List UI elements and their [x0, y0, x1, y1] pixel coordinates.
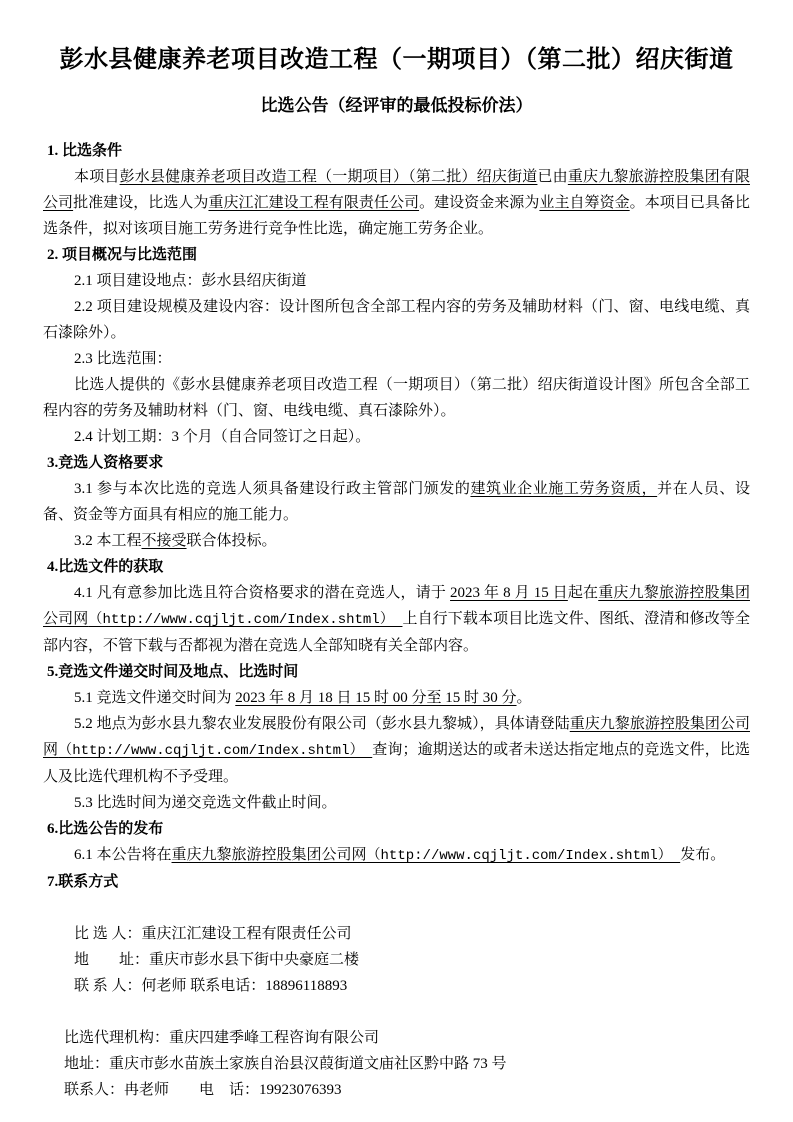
text-run: 2.1 项目建设地点：彭水县绍庆街道	[74, 273, 307, 289]
underlined-text: 2023 年 8 月 18 日 15 时 00 分至 15 时 30 分	[235, 690, 516, 706]
underlined-text: 业主自筹资金	[539, 195, 629, 211]
underlined-text: 重庆江汇建设工程有限责任公司	[208, 195, 419, 211]
section-heading: 5.竞选文件递交时间及地点、比选时间	[43, 659, 750, 685]
text-run: 2.3 比选范围：	[74, 351, 172, 367]
paragraph: 比 选 人：重庆江汇建设工程有限责任公司	[43, 921, 750, 947]
text-run: 联 系 人：何老师 联系电话：18896118893	[74, 978, 347, 994]
section-heading: 6.比选公告的发布	[43, 816, 750, 842]
text-run: 3.竞选人资格要求	[47, 455, 163, 471]
document-title: 彭水县健康养老项目改造工程（一期项目）（第二批）绍庆街道	[43, 44, 750, 76]
paragraph: 比选代理机构：重庆四建季峰工程咨询有限公司	[43, 1025, 750, 1051]
text-run: 5.竞选文件递交时间及地点、比选时间	[47, 664, 298, 680]
paragraph: 比选人提供的《彭水县健康养老项目改造工程（一期项目）（第二批）绍庆街道设计图》所…	[43, 372, 750, 424]
text-run: 比 选 人：重庆江汇建设工程有限责任公司	[74, 926, 352, 942]
paragraph: 2.3 比选范围：	[43, 346, 750, 372]
paragraph: 本项目彭水县健康养老项目改造工程（一期项目）（第二批）绍庆街道已由重庆九黎旅游控…	[43, 164, 750, 242]
text-run: 2. 项目概况与比选范围	[47, 247, 197, 263]
underlined-text: 重庆九黎旅游控股集团公司网	[172, 847, 367, 863]
text-run: 联合体投标。	[187, 533, 277, 549]
document-body: 1. 比选条件本项目彭水县健康养老项目改造工程（一期项目）（第二批）绍庆街道已由…	[43, 138, 750, 1103]
url-text: （http://www.cqjljt.com/Index.shtml）	[58, 743, 372, 759]
underlined-text: 2023 年 8 月 15 日	[450, 585, 568, 601]
paragraph: 4.1 凡有意参加比选且符合资格要求的潜在竞选人，请于 2023 年 8 月 1…	[43, 580, 750, 659]
text-run: 3.2 本工程	[74, 533, 142, 549]
text-run: 发布。	[680, 847, 725, 863]
paragraph: 联 系 人：何老师 联系电话：18896118893	[43, 973, 750, 999]
text-run: 比选人提供的《彭水县健康养老项目改造工程（一期项目）（第二批）绍庆街道设计图》所…	[43, 377, 750, 419]
blank-line	[43, 895, 750, 921]
underlined-text: 不接受	[142, 533, 187, 549]
underlined-text: 建筑业企业施工劳务资质，	[470, 481, 657, 497]
text-run: 比选代理机构：重庆四建季峰工程咨询有限公司	[64, 1030, 379, 1046]
text-run: 。建设资金来源为	[419, 195, 539, 211]
text-run: 2.2 项目建设规模及建设内容：设计图所包含全部工程内容的劳务及辅助材料（门、窗…	[43, 299, 750, 341]
text-run: 6.1 本公告将在	[74, 847, 172, 863]
text-run: 地 址：重庆市彭水县下街中央豪庭二楼	[74, 952, 359, 968]
text-run: 4.1 凡有意参加比选且符合资格要求的潜在竞选人，请于	[74, 585, 450, 601]
document-subtitle: 比选公告（经评审的最低投标价法）	[43, 94, 750, 118]
paragraph: 地址：重庆市彭水苗族土家族自治县汉葭街道文庙社区黔中路 73 号	[43, 1051, 750, 1077]
text-run: 2.4 计划工期：3 个月（自合同签订之日起）。	[74, 429, 370, 445]
text-run: 5.1 竞选文件递交时间为	[74, 690, 235, 706]
blank-line	[43, 999, 750, 1025]
text-run: 批准建设，比选人为	[73, 195, 208, 211]
document-page: 彭水县健康养老项目改造工程（一期项目）（第二批）绍庆街道 比选公告（经评审的最低…	[0, 0, 793, 1122]
paragraph: 3.1 参与本次比选的竞选人须具备建设行政主管部门颁发的建筑业企业施工劳务资质，…	[43, 476, 750, 528]
section-heading: 7.联系方式	[43, 869, 750, 895]
text-run: 联系人：冉老师 电 话：19923076393	[64, 1082, 342, 1098]
text-run: 地址：重庆市彭水苗族土家族自治县汉葭街道文庙社区黔中路 73 号	[64, 1056, 507, 1072]
paragraph: 5.1 竞选文件递交时间为 2023 年 8 月 18 日 15 时 00 分至…	[43, 685, 750, 711]
text-run: 。	[517, 690, 532, 706]
section-heading: 4.比选文件的获取	[43, 554, 750, 580]
text-run: 已由	[537, 169, 567, 185]
paragraph: 联系人：冉老师 电 话：19923076393	[43, 1077, 750, 1103]
paragraph: 5.2 地点为彭水县九黎农业发展股份有限公司（彭水县九黎城），具体请登陆重庆九黎…	[43, 711, 750, 790]
paragraph: 2.4 计划工期：3 个月（自合同签订之日起）。	[43, 424, 750, 450]
text-run: 起在	[568, 585, 598, 601]
text-run: 5.2 地点为彭水县九黎农业发展股份有限公司（彭水县九黎城），具体请登陆	[74, 716, 570, 732]
text-run: 7.联系方式	[47, 874, 118, 890]
section-heading: 2. 项目概况与比选范围	[43, 242, 750, 268]
url-text: （http://www.cqjljt.com/Index.shtml）	[367, 848, 681, 864]
section-heading: 1. 比选条件	[43, 138, 750, 164]
section-heading: 3.竞选人资格要求	[43, 450, 750, 476]
paragraph: 2.1 项目建设地点：彭水县绍庆街道	[43, 268, 750, 294]
underlined-text: 彭水县健康养老项目改造工程（一期项目）（第二批）绍庆街道	[120, 169, 538, 185]
text-run: 本项目	[74, 169, 120, 185]
paragraph: 地 址：重庆市彭水县下街中央豪庭二楼	[43, 947, 750, 973]
text-run: 4.比选文件的获取	[47, 559, 163, 575]
text-run: 5.3 比选时间为递交竞选文件截止时间。	[74, 795, 337, 811]
paragraph: 6.1 本公告将在重庆九黎旅游控股集团公司网（http://www.cqjljt…	[43, 842, 750, 869]
text-run: 6.比选公告的发布	[47, 821, 163, 837]
text-run: 1. 比选条件	[47, 143, 122, 159]
paragraph: 3.2 本工程不接受联合体投标。	[43, 528, 750, 554]
text-run: 3.1 参与本次比选的竞选人须具备建设行政主管部门颁发的	[74, 481, 470, 497]
paragraph: 2.2 项目建设规模及建设内容：设计图所包含全部工程内容的劳务及辅助材料（门、窗…	[43, 294, 750, 346]
url-text: （http://www.cqjljt.com/Index.shtml）	[88, 612, 402, 628]
paragraph: 5.3 比选时间为递交竞选文件截止时间。	[43, 790, 750, 816]
